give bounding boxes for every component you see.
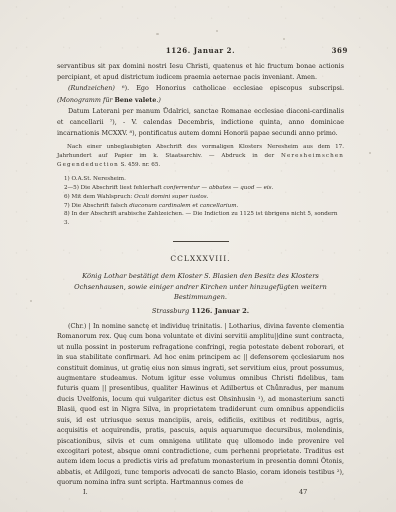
footnote-text: . (272, 185, 274, 191)
charter-number-heading: CCLXXXVIII. (57, 254, 344, 263)
subscription-paragraph: (Rundzeichen) ⁶). Ego Honorius catholica… (57, 83, 344, 105)
running-head: 1126. Januar 2. 369 (57, 46, 344, 56)
page-content: 1126. Januar 2. 369 servantibus sit pax … (57, 46, 344, 499)
footnote-text: Die Abschrift falsch (70, 203, 130, 209)
footnote-line: 6) Mit dem Wahlspruch: Oculi domini supe… (64, 193, 344, 202)
monogram-note-close: .) (156, 96, 161, 104)
footnote-line: 1) O.A.St. Neresheim. (64, 175, 344, 184)
footnote-variant-word: abbates (209, 185, 231, 191)
bene-valete-words: Bene valete (115, 96, 157, 104)
running-head-date: 1126. Januar 2. (166, 46, 235, 55)
footnote-motto: Oculi domini super iustos. (134, 194, 208, 200)
footnote-text: — (231, 185, 240, 191)
footnote-variant-word: quod (240, 185, 254, 191)
charter-closing-paragraph: servantibus sit pax domini nostri Iesu C… (57, 61, 344, 83)
rota-note: (Rundzeichen) (68, 84, 115, 92)
scan-speckle (216, 30, 218, 32)
scan-speckle (283, 38, 285, 40)
footnote-line: 2—5) Die Abschrift liest fehlerhaft conf… (64, 184, 344, 193)
footnotes-block: 1) O.A.St. Neresheim. 2—5) Die Abschrift… (57, 175, 344, 228)
footnote-text: — (254, 185, 263, 191)
signature-row: I. 47 (57, 488, 344, 499)
footnote-text: Die Abschrift liest fehlerhaft (79, 185, 164, 191)
footnote-variant-word: conferrentur (163, 185, 199, 191)
footnote-variant-word: eis (264, 185, 272, 191)
footnote-text: Mit dem Wahlspruch: (70, 194, 134, 200)
scan-speckle (156, 33, 159, 35)
sheet-number: 47 (299, 488, 307, 496)
page-number: 369 (332, 46, 348, 55)
scan-speckle (369, 152, 371, 154)
dateline-date: 1126. Januar 2. (191, 307, 249, 315)
footnote-line: 7) Die Abschrift falsch diaconum cardina… (64, 202, 344, 211)
source-note: Nach einer unbeglaubigten Abschrift des … (57, 143, 344, 169)
footnote-text: O.A.St. Neresheim. (70, 176, 126, 182)
footnote-text: In der Abschrift arabische Zahlzeichen. … (64, 211, 337, 226)
subscription-text: ⁶). Ego Honorius catholicae ecclesiae ep… (115, 84, 344, 92)
footnote-number: 2—5) (64, 185, 79, 191)
charter-dateline: Strassburg 1126. Januar 2. (57, 307, 344, 315)
source-note-tail: S. 459. nr. 65. (119, 162, 160, 168)
monogram-note-open: (Monogramm für (57, 96, 115, 104)
section-divider-rule (173, 241, 229, 242)
scan-speckle (30, 300, 32, 302)
dateline-place: Strassburg (152, 307, 189, 315)
charter-body-text: (Chr.) | In nomine sanctę et individuę t… (57, 321, 344, 488)
charter-summary-title: König Lothar bestätigt dem Kloster S. Bl… (61, 271, 340, 303)
volume-signature: I. (83, 488, 88, 496)
footnote-text: — (200, 185, 209, 191)
datum-paragraph: Datum Laterani per manum Ůdalrici, sanct… (57, 106, 344, 140)
footnote-variant-word: diaconum cardinalem et cancellarium. (129, 203, 238, 209)
scan-page: 1126. Januar 2. 369 servantibus sit pax … (0, 0, 396, 512)
footnote-line: 8) In der Abschrift arabische Zahlzeiche… (64, 210, 344, 228)
